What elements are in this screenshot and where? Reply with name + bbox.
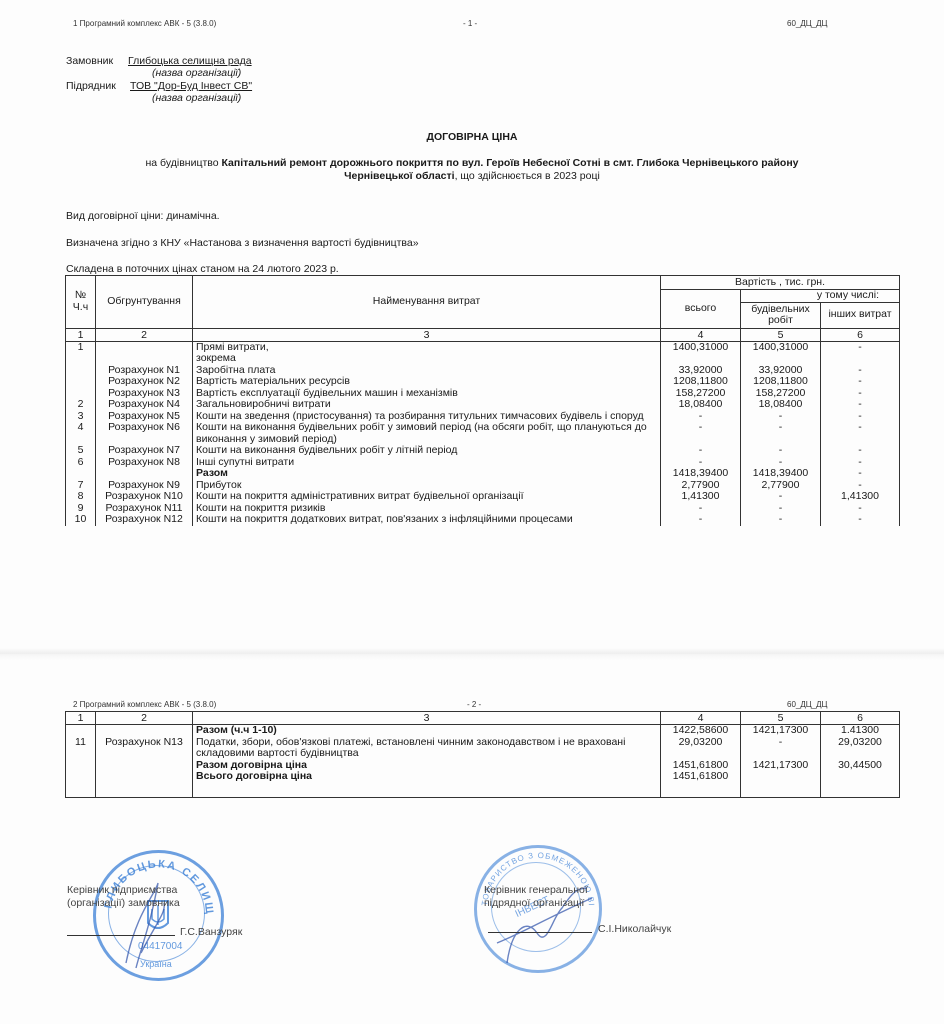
row-other [821, 771, 900, 783]
customer-role-line1: Керівник підприємства [67, 884, 177, 896]
page-separator [0, 648, 944, 660]
table-body-continued: Разом (ч.ч 1-10)1422,586001421,173001.41… [66, 725, 900, 798]
row-total: 1400,31000 [661, 341, 741, 353]
row-num [66, 353, 96, 365]
row-total: 1418,39400 [661, 468, 741, 480]
row-other [821, 353, 900, 365]
p2-col-num-5: 5 [741, 712, 821, 725]
row-num: 8 [66, 491, 96, 503]
page2-header-left: 2 Програмний комплекс АВК - 5 (3.8.0) [73, 700, 216, 709]
row-basis: Розрахунок N4 [96, 399, 193, 411]
customer-signatory-name: Г.С.Ванзуряк [180, 926, 242, 938]
row-num [66, 771, 96, 783]
row-other: - [821, 422, 900, 445]
table-row: 8Розрахунок N10Кошти на покриття адмініс… [66, 491, 900, 503]
row-total: 29,03200 [661, 737, 741, 760]
contractor-note: (назва організації) [152, 92, 241, 104]
row-other: - [821, 514, 900, 526]
row-num: 6 [66, 457, 96, 469]
object-name-line2: Чернівецької області [344, 170, 454, 182]
row-name: Інші супутні витрати [193, 457, 661, 469]
customer-signature-line [67, 935, 175, 936]
document-title: ДОГОВІРНА ЦІНА [0, 131, 944, 143]
row-other: - [821, 341, 900, 353]
row-num [66, 760, 96, 772]
contractor-name: ТОВ "Дор-Буд Інвест СВ" [130, 80, 252, 92]
row-name: Загальновиробничі витрати [193, 399, 661, 411]
row-construction: 1421,17300 [741, 725, 821, 737]
row-other: - [821, 468, 900, 480]
contract-price-table: № Ч.ч Обгрунтування Найменування витрат … [65, 275, 900, 526]
table-row: Разом договірна ціна1451,618001421,17300… [66, 760, 900, 772]
row-total: 1208,11800 [661, 376, 741, 388]
row-num [66, 376, 96, 388]
row-other: 29,03200 [821, 737, 900, 760]
row-name: зокрема [193, 353, 661, 365]
row-other: 30,44500 [821, 760, 900, 772]
header-basis: Обгрунтування [96, 276, 193, 329]
customer-role-line2: (організації) замовника [67, 897, 180, 909]
subtitle-suffix: , що здійснюється в 2023 році [455, 170, 600, 182]
row-basis: Розрахунок N12 [96, 514, 193, 526]
row-construction: - [741, 491, 821, 503]
row-num: 1 [66, 341, 96, 353]
row-total [661, 353, 741, 365]
table-row: 2Розрахунок N4Загальновиробничі витрати1… [66, 399, 900, 411]
p2-col-num-6: 6 [821, 712, 900, 725]
header-cost-group: Вартість , тис. грн. [661, 276, 900, 290]
row-num: 2 [66, 399, 96, 411]
row-total: - [661, 445, 741, 457]
col-num-6: 6 [821, 328, 900, 341]
row-total: 1,41300 [661, 491, 741, 503]
row-construction: 1421,17300 [741, 760, 821, 772]
row-construction: - [741, 445, 821, 457]
contractor-signatory-name: С.І.Николайчук [598, 923, 671, 935]
col-num-4: 4 [661, 328, 741, 341]
row-construction: - [741, 422, 821, 445]
row-total: 18,08400 [661, 399, 741, 411]
row-basis: Розрахунок N6 [96, 422, 193, 445]
row-name: Разом (ч.ч 1-10) [193, 725, 661, 737]
row-basis [96, 468, 193, 480]
page-header-code: 60_ДЦ_ДЦ [787, 19, 827, 28]
customer-label: Замовник [66, 55, 113, 67]
price-type: Вид договірної ціни: динамічна. [66, 210, 220, 222]
row-other: 1,41300 [821, 491, 900, 503]
compiled-date: Складена в поточних цінах станом на 24 л… [66, 263, 339, 275]
row-other: - [821, 376, 900, 388]
row-name: Кошти на виконання будівельних робіт у з… [193, 422, 661, 445]
col-num-1: 1 [66, 328, 96, 341]
header-num: № Ч.ч [66, 276, 96, 329]
row-total: 1422,58600 [661, 725, 741, 737]
row-construction [741, 771, 821, 783]
row-num: 5 [66, 445, 96, 457]
contract-price-table-continued: 1 2 3 4 5 6 Разом (ч.ч 1-10)1422,5860014… [65, 711, 900, 798]
row-construction: 1208,11800 [741, 376, 821, 388]
document-subtitle: на будівництво Капітальний ремонт дорожн… [0, 157, 944, 169]
row-basis [96, 725, 193, 737]
table-body: 1Прямі витрати,1400,310001400,31000- зок… [66, 341, 900, 526]
customer-stamp: ГЛИБОЦЬКА СЕЛИЩНА РАДА 04417004 Україна [93, 850, 224, 981]
row-name: Кошти на покриття адміністративних витра… [193, 491, 661, 503]
row-total: 1451,61800 [661, 771, 741, 783]
table-row: 4Розрахунок N6Кошти на виконання будівел… [66, 422, 900, 445]
header-construction: будівельних робіт [741, 302, 821, 328]
row-total: - [661, 514, 741, 526]
object-name-line1: Капітальний ремонт дорожнього покриття п… [222, 157, 799, 169]
header-name: Найменування витрат [193, 276, 661, 329]
row-name: Податки, збори, обов'язкові платежі, вст… [193, 737, 661, 760]
table-row: Разом (ч.ч 1-10)1422,586001421,173001.41… [66, 725, 900, 737]
row-construction: - [741, 737, 821, 760]
table-row: 1Прямі витрати,1400,310001400,31000- [66, 341, 900, 353]
row-construction: 1418,39400 [741, 468, 821, 480]
row-basis [96, 353, 193, 365]
row-name: Прямі витрати, [193, 341, 661, 353]
customer-name: Глибоцька селищна рада [128, 55, 252, 67]
row-name: Вартість матеріальних ресурсів [193, 376, 661, 388]
contractor-role-line1: Керівник генеральної [484, 884, 588, 896]
contractor-role-line2: підрядної організації [484, 897, 584, 909]
col-num-3: 3 [193, 328, 661, 341]
contractor-stamp: ТОВАРИСТВО З ОБМЕЖЕНОЮ ВІДП. ІНВЕСТ [474, 845, 602, 973]
row-basis [96, 341, 193, 353]
row-name: Разом [193, 468, 661, 480]
row-basis: Розрахунок N8 [96, 457, 193, 469]
stamp-emblem-icon: ТОВАРИСТВО З ОБМЕЖЕНОЮ ВІДП. ІНВЕСТ [477, 848, 599, 970]
p2-col-num-3: 3 [193, 712, 661, 725]
row-basis [96, 771, 193, 783]
header-total: всього [661, 290, 741, 329]
table-row: Всього договірна ціна1451,61800 [66, 771, 900, 783]
col-num-2: 2 [96, 328, 193, 341]
header-including: у тому числі: [741, 290, 900, 303]
row-other: 1.41300 [821, 725, 900, 737]
row-other: - [821, 445, 900, 457]
svg-text:Україна: Україна [140, 959, 172, 969]
contractor-signature-line [488, 932, 592, 933]
p2-col-num-2: 2 [96, 712, 193, 725]
table-spacer [66, 783, 900, 798]
row-basis [96, 760, 193, 772]
row-num [66, 468, 96, 480]
subtitle-prefix: на будівництво [146, 157, 219, 169]
header-other: інших витрат [821, 302, 900, 328]
table-row: 11Розрахунок N13Податки, збори, обов'язк… [66, 737, 900, 760]
row-total: - [661, 422, 741, 445]
row-basis: Розрахунок N10 [96, 491, 193, 503]
page-header-left: 1 Програмний комплекс АВК - 5 (3.8.0) [73, 19, 216, 28]
p2-col-num-4: 4 [661, 712, 741, 725]
page-number: - 1 - [463, 19, 477, 28]
row-num [66, 725, 96, 737]
row-num: 4 [66, 422, 96, 445]
row-basis: Розрахунок N2 [96, 376, 193, 388]
determined-by: Визначена згідно з КНУ «Настанова з визн… [66, 237, 419, 249]
p2-col-num-1: 1 [66, 712, 96, 725]
table-row: 10Розрахунок N12Кошти на покриття додатк… [66, 514, 900, 526]
row-construction: 1400,31000 [741, 341, 821, 353]
row-name: Кошти на виконання будівельних робіт у л… [193, 445, 661, 457]
row-construction: - [741, 514, 821, 526]
table-row: Разом1418,394001418,39400- [66, 468, 900, 480]
coat-of-arms-icon: ГЛИБОЦЬКА СЕЛИЩНА РАДА 04417004 Україна [96, 853, 221, 978]
row-num [66, 365, 96, 377]
col-num-5: 5 [741, 328, 821, 341]
page2-header-code: 60_ДЦ_ДЦ [787, 700, 827, 709]
table-row: Розрахунок N2Вартість матеріальних ресур… [66, 376, 900, 388]
contractor-label: Підрядник [66, 80, 116, 92]
row-name: Всього договірна ціна [193, 771, 661, 783]
customer-note: (назва організації) [152, 67, 241, 79]
row-name: Кошти на покриття додаткових витрат, пов… [193, 514, 661, 526]
table-row: зокрема [66, 353, 900, 365]
row-basis: Розрахунок N7 [96, 445, 193, 457]
row-construction: 18,08400 [741, 399, 821, 411]
row-construction [741, 353, 821, 365]
row-num: 11 [66, 737, 96, 760]
row-other: - [821, 399, 900, 411]
row-basis: Розрахунок N13 [96, 737, 193, 760]
page2-number: - 2 - [467, 700, 481, 709]
table-row: 5Розрахунок N7Кошти на виконання будівел… [66, 445, 900, 457]
document-subtitle-line2: Чернівецької області, що здійснюється в … [0, 170, 944, 182]
row-num: 10 [66, 514, 96, 526]
